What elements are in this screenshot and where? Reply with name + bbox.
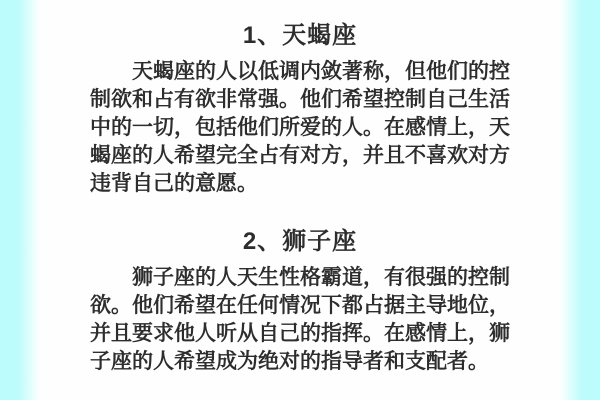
zodiac-text-card: 1、天蝎座 天蝎座的人以低调内敛著称，但他们的控制欲和占有欲非常强。他们希望控制… xyxy=(0,0,600,400)
text-content: 1、天蝎座 天蝎座的人以低调内敛著称，但他们的控制欲和占有欲非常强。他们希望控制… xyxy=(90,0,510,376)
section-body-leo: 狮子座的人天生性格霸道，有很强的控制欲。他们希望在任何情况下都占据主导地位，并且… xyxy=(90,264,510,376)
section-title-scorpio: 1、天蝎座 xyxy=(90,22,510,50)
section-leo: 2、狮子座 狮子座的人天生性格霸道，有很强的控制欲。他们希望在任何情况下都占据主… xyxy=(90,228,510,376)
section-body-scorpio: 天蝎座的人以低调内敛著称，但他们的控制欲和占有欲非常强。他们希望控制自己生活中的… xyxy=(90,58,510,198)
section-title-leo: 2、狮子座 xyxy=(90,228,510,256)
section-scorpio: 1、天蝎座 天蝎座的人以低调内敛著称，但他们的控制欲和占有欲非常强。他们希望控制… xyxy=(90,22,510,198)
